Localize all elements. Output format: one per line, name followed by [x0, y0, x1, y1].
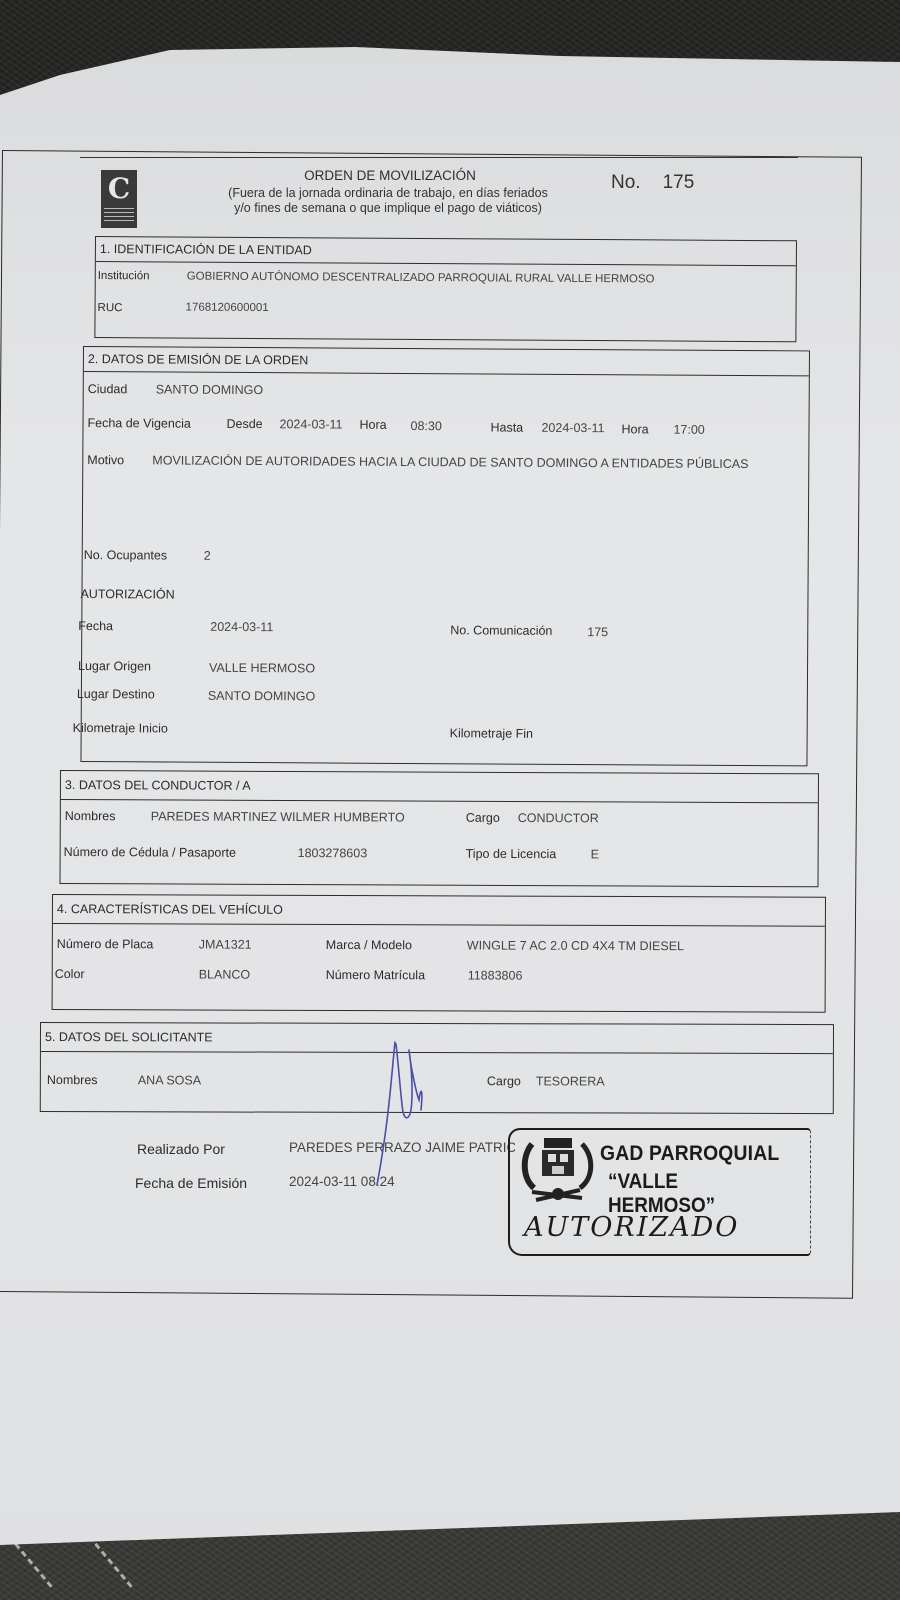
mobilization-order-form: C ORDEN DE MOVILIZACIÓN (Fuera de la jor… — [0, 0, 900, 1600]
auth-date-label: Fecha — [78, 619, 113, 633]
from-label: Desde — [226, 417, 262, 431]
reason-value: MOVILIZACIÓN DE AUTORIDADES HACIA LA CIU… — [152, 453, 748, 471]
coat-of-arms-icon — [518, 1134, 600, 1208]
section-vehicle-characteristics: 4. CARACTERÍSTICAS DEL VEHÍCULO Número d… — [52, 894, 826, 1013]
document-title: ORDEN DE MOVILIZACIÓN — [190, 168, 590, 183]
ruc-label: RUC — [98, 302, 123, 314]
plate-label: Número de Placa — [57, 937, 154, 951]
section-heading: 1. IDENTIFICACIÓN DE LA ENTIDAD — [96, 237, 796, 266]
section-heading: 3. DATOS DEL CONDUCTOR / A — [61, 771, 818, 803]
km-start-label: Kilometraje Inicio — [73, 721, 168, 736]
communication-value: 175 — [587, 625, 608, 639]
made-by-label: Realizado Por — [137, 1141, 225, 1157]
document-number-label: No. — [611, 172, 641, 193]
authorization-stamp: GAD PARROQUIAL “VALLE HERMOSO” AUTORIZAD… — [508, 1128, 811, 1256]
registration-value: 11883806 — [468, 968, 523, 982]
to-date: 2024-03-11 — [541, 421, 604, 435]
driver-name-label: Nombres — [65, 809, 116, 823]
occupants-label: No. Ocupantes — [84, 548, 167, 563]
id-number-value: 1803278603 — [298, 846, 368, 860]
destination-value: SANTO DOMINGO — [208, 689, 316, 704]
city-label: Ciudad — [88, 382, 128, 396]
stamp-line-1: GAD PARROQUIAL — [600, 1142, 779, 1166]
make-model-label: Marca / Modelo — [326, 938, 412, 952]
auth-date-value: 2024-03-11 — [210, 620, 273, 634]
from-date: 2024-03-11 — [279, 417, 342, 431]
document-header: C ORDEN DE MOVILIZACIÓN (Fuera de la jor… — [95, 162, 795, 230]
emission-date-label: Fecha de Emisión — [135, 1175, 247, 1191]
origin-label: Lugar Origen — [78, 659, 151, 673]
document-number: No.175 — [611, 172, 694, 194]
requester-name-value: ANA SOSA — [138, 1073, 201, 1087]
km-end-label: Kilometraje Fin — [450, 726, 533, 741]
driver-role-label: Cargo — [466, 811, 500, 825]
city-value: SANTO DOMINGO — [156, 382, 264, 397]
to-hour-label: Hora — [621, 422, 648, 436]
section-heading: 4. CARACTERÍSTICAS DEL VEHÍCULO — [53, 895, 825, 927]
from-hour-label: Hora — [359, 418, 386, 432]
section-order-emission: 2. DATOS DE EMISIÓN DE LA ORDEN Ciudad S… — [80, 346, 810, 766]
to-label: Hasta — [490, 420, 523, 434]
authorization-heading: AUTORIZACIÓN — [80, 587, 174, 602]
occupants-value: 2 — [204, 549, 211, 563]
communication-label: No. Comunicación — [450, 623, 552, 638]
color-value: BLANCO — [199, 968, 250, 982]
from-hour: 08:30 — [410, 419, 441, 433]
origin-value: VALLE HERMOSO — [209, 661, 315, 676]
ruc-value: 1768120600001 — [186, 302, 269, 315]
validity-label: Fecha de Vigencia — [87, 416, 190, 431]
to-hour: 17:00 — [673, 423, 704, 437]
requester-role-value: TESORERA — [536, 1074, 605, 1088]
color-label: Color — [55, 967, 85, 981]
license-type-value: E — [591, 847, 599, 861]
requester-role-label: Cargo — [487, 1074, 521, 1088]
make-model-value: WINGLE 7 AC 2.0 CD 4X4 TM DIESEL — [467, 938, 684, 953]
subtitle-line-1: (Fuera de la jornada ordinaria de trabaj… — [183, 186, 593, 201]
reason-label: Motivo — [87, 453, 124, 467]
contraloria-logo-icon: C — [101, 170, 137, 228]
institution-value: GOBIERNO AUTÓNOMO DESCENTRALIZADO PARROQ… — [187, 271, 655, 286]
requester-name-label: Nombres — [47, 1073, 98, 1087]
license-type-label: Tipo de Licencia — [466, 847, 557, 861]
destination-label: Lugar Destino — [77, 687, 155, 701]
plate-value: JMA1321 — [199, 938, 252, 952]
section-driver-data: 3. DATOS DEL CONDUCTOR / A Nombres PARED… — [60, 770, 819, 887]
handwritten-signature-icon — [365, 1040, 445, 1190]
section-heading: 2. DATOS DE EMISIÓN DE LA ORDEN — [84, 347, 809, 376]
driver-name-value: PAREDES MARTINEZ WILMER HUMBERTO — [151, 809, 405, 824]
driver-role-value: CONDUCTOR — [518, 811, 599, 825]
document-subtitle: (Fuera de la jornada ordinaria de trabaj… — [183, 186, 593, 216]
section-entity-identification: 1. IDENTIFICACIÓN DE LA ENTIDAD Instituc… — [94, 236, 797, 342]
document-number-value: 175 — [663, 172, 695, 193]
stamp-authorized: AUTORIZADO — [524, 1212, 739, 1243]
registration-label: Número Matrícula — [326, 968, 425, 982]
id-number-label: Número de Cédula / Pasaporte — [64, 845, 236, 860]
stamp-line-2: “VALLE HERMOSO” — [608, 1170, 790, 1218]
subtitle-line-2: y/o fines de semana o que implique el pa… — [183, 201, 593, 216]
institution-label: Institución — [98, 270, 150, 282]
header-top-rule — [80, 157, 798, 158]
